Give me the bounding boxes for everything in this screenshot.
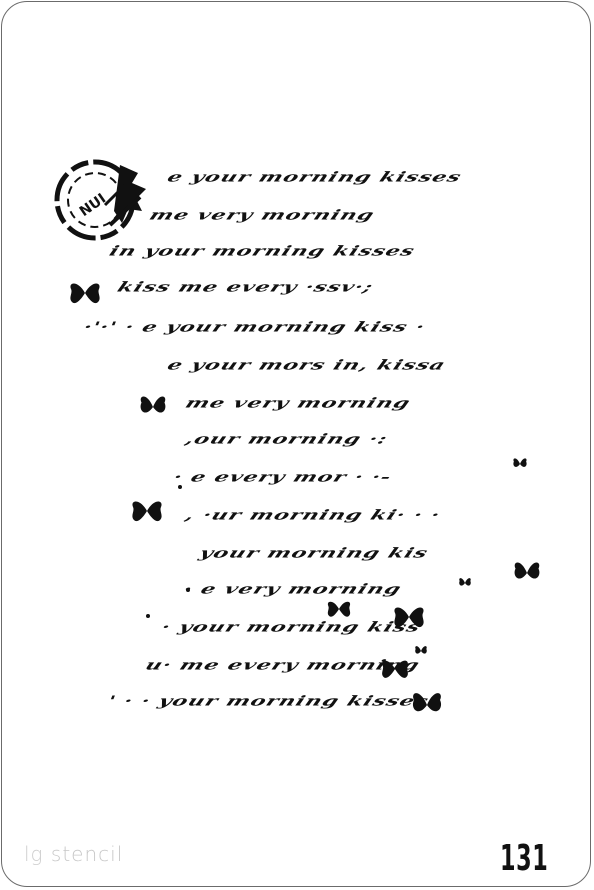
butterfly-icon — [130, 498, 164, 524]
brand-word: stencil — [51, 842, 123, 866]
ink-dot — [146, 614, 150, 618]
butterfly-icon — [380, 656, 410, 682]
script-line: me very morning — [147, 207, 378, 223]
script-line: ·'·' · e your morning kiss · — [81, 319, 428, 335]
butterfly-icon — [138, 392, 168, 422]
script-line: ' · · your morning kisses — [105, 693, 432, 709]
stencil-number: 131 — [500, 838, 548, 879]
butterfly-icon — [512, 456, 528, 472]
ink-dot — [186, 588, 190, 592]
script-line: kiss me every ·ssv·; — [115, 279, 376, 295]
script-line: · your morning kiss — [159, 619, 424, 635]
butterfly-icon — [410, 688, 444, 722]
script-line: your morning kis — [197, 545, 431, 561]
script-line: me very morning — [183, 395, 414, 411]
svg-text:NUI: NUI — [77, 191, 109, 220]
script-line: e your morning kisses — [165, 169, 465, 185]
script-line: · e every mor · ·- — [171, 469, 395, 485]
butterfly-icon — [326, 598, 352, 620]
ink-dot — [178, 485, 182, 489]
brand-logo: lg stencil — [24, 842, 123, 866]
butterfly-icon — [458, 576, 472, 590]
butterfly-icon — [414, 642, 428, 660]
butterfly-icon — [68, 280, 102, 306]
script-line: e your mors in, kissa — [165, 357, 449, 373]
script-line: in your morning kisses — [107, 243, 418, 259]
butterfly-icon — [512, 558, 542, 588]
brand-prefix: lg — [24, 842, 44, 866]
script-line: , ·ur morning ki· · · — [183, 507, 444, 523]
script-line: · e very morning — [181, 581, 405, 597]
script-line: ,our morning ·: — [183, 431, 391, 447]
butterfly-icon — [392, 604, 426, 630]
